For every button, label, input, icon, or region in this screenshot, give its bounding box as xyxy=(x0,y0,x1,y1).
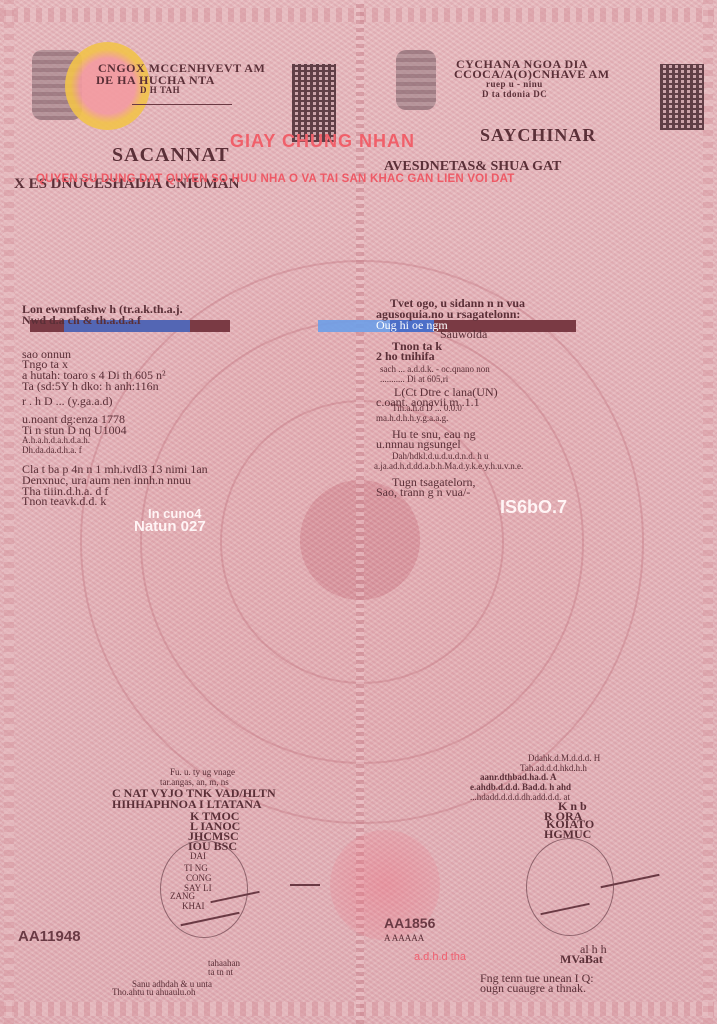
seal-text: TI NG xyxy=(184,864,208,873)
right-title: SAYCHINAR xyxy=(480,126,596,144)
right-line: Sauwolda xyxy=(440,328,487,340)
certificate-title: GIAY CHUNG NHAN xyxy=(230,132,415,150)
portrait-emblem-icon xyxy=(396,50,436,110)
border-left xyxy=(4,0,14,1024)
certificate-subtitle: QUYEN SU DUNG DAT QUYEN SO HUU NHA O VA … xyxy=(36,174,515,186)
qr-code-icon xyxy=(660,64,704,130)
left-serial-number: AA11948 xyxy=(18,929,81,944)
right-footer-line: ougn cuaugre a thnak. xyxy=(480,982,586,994)
signature-stroke xyxy=(290,884,320,886)
right-header-3: ruep u - ninu xyxy=(486,80,543,89)
redaction-bar xyxy=(190,320,230,332)
left-signing-line: Fu. u. ty ug vnage xyxy=(170,768,235,777)
right-subtitle: AVESDNETAS& SHUA GAT xyxy=(384,160,561,174)
left-line: r . h D ... (y.ga.a.d) xyxy=(22,395,113,407)
seal-text: DAI xyxy=(190,852,206,861)
left-footer-line: ta tn nt xyxy=(208,968,233,977)
seal-text: ZANG xyxy=(170,892,195,901)
left-watermark-line: Natun 027 xyxy=(134,519,206,534)
right-serial-sub: A AAAAA xyxy=(384,934,424,943)
right-line: a.ja.ad.h.d.dd.a.b.h.Ma.d.y.k.e.y.h.u.v.… xyxy=(374,462,523,471)
signer-name: MVaBat xyxy=(560,953,603,965)
left-header-3: D H TAH xyxy=(140,86,180,95)
border-right xyxy=(703,0,713,1024)
right-signing-line: Ddahk.d.M.d.d.d. H xyxy=(528,754,600,763)
left-line: Dh.da.da.d.h.a. f xyxy=(22,446,82,455)
right-line: Oug hi oe ngm xyxy=(376,319,448,331)
right-line: Sao, trann g n vua/- xyxy=(376,486,470,498)
red-handwriting: a.d.h.d tha xyxy=(414,952,466,963)
left-line: Ta (sd:5Y h dko: h anh:116n xyxy=(22,380,159,392)
right-line: ma.h.d.h.h.y.g.a.a.g. xyxy=(376,414,448,423)
right-line: Dah/hdkl.d.u.d.u.d.n.d. h u xyxy=(392,452,489,461)
right-signing-line: ...hdadd.d.d.d.dh.add.d.d. at xyxy=(470,793,570,802)
right-line: u.nnnau ngsungel xyxy=(376,438,461,450)
right-line: sach ... a.d.d.k. - oc.qnano non xyxy=(380,365,490,374)
right-serial-number: AA1856 xyxy=(384,916,435,930)
right-line: ........... Di at 605,ri xyxy=(380,375,448,384)
left-line: Tnon teavk.d.d. k xyxy=(22,495,106,507)
left-title: SACANNAT xyxy=(112,145,230,165)
right-signing-line: aanr.dthbad.ha.d. A xyxy=(480,773,556,782)
right-signing-line: e.ahdb.d.d.d. Bad.d. h ahd xyxy=(470,783,571,792)
right-watermark: IS6bO.7 xyxy=(500,498,567,516)
left-footer-line: Tho.ahtu tu ahuaulu.oh xyxy=(112,988,195,997)
left-line: A.h.a.h.d.a.h.d.a.h. xyxy=(22,436,90,445)
seal-text: KHAI xyxy=(182,902,205,911)
right-line: Tih.a.h.d D ... 0.0.0 xyxy=(392,404,462,413)
seal-text: CONG xyxy=(186,874,212,883)
left-signing-line: HIHHAPHNOA I LTATANA xyxy=(112,798,262,810)
left-line: Nwd d.a ch & th.a.d.a.f xyxy=(22,314,141,326)
left-header-4 xyxy=(132,96,232,105)
right-line: 2 ho tnihifa xyxy=(376,350,435,362)
right-header-4: D ta tdonia DC xyxy=(482,90,547,99)
